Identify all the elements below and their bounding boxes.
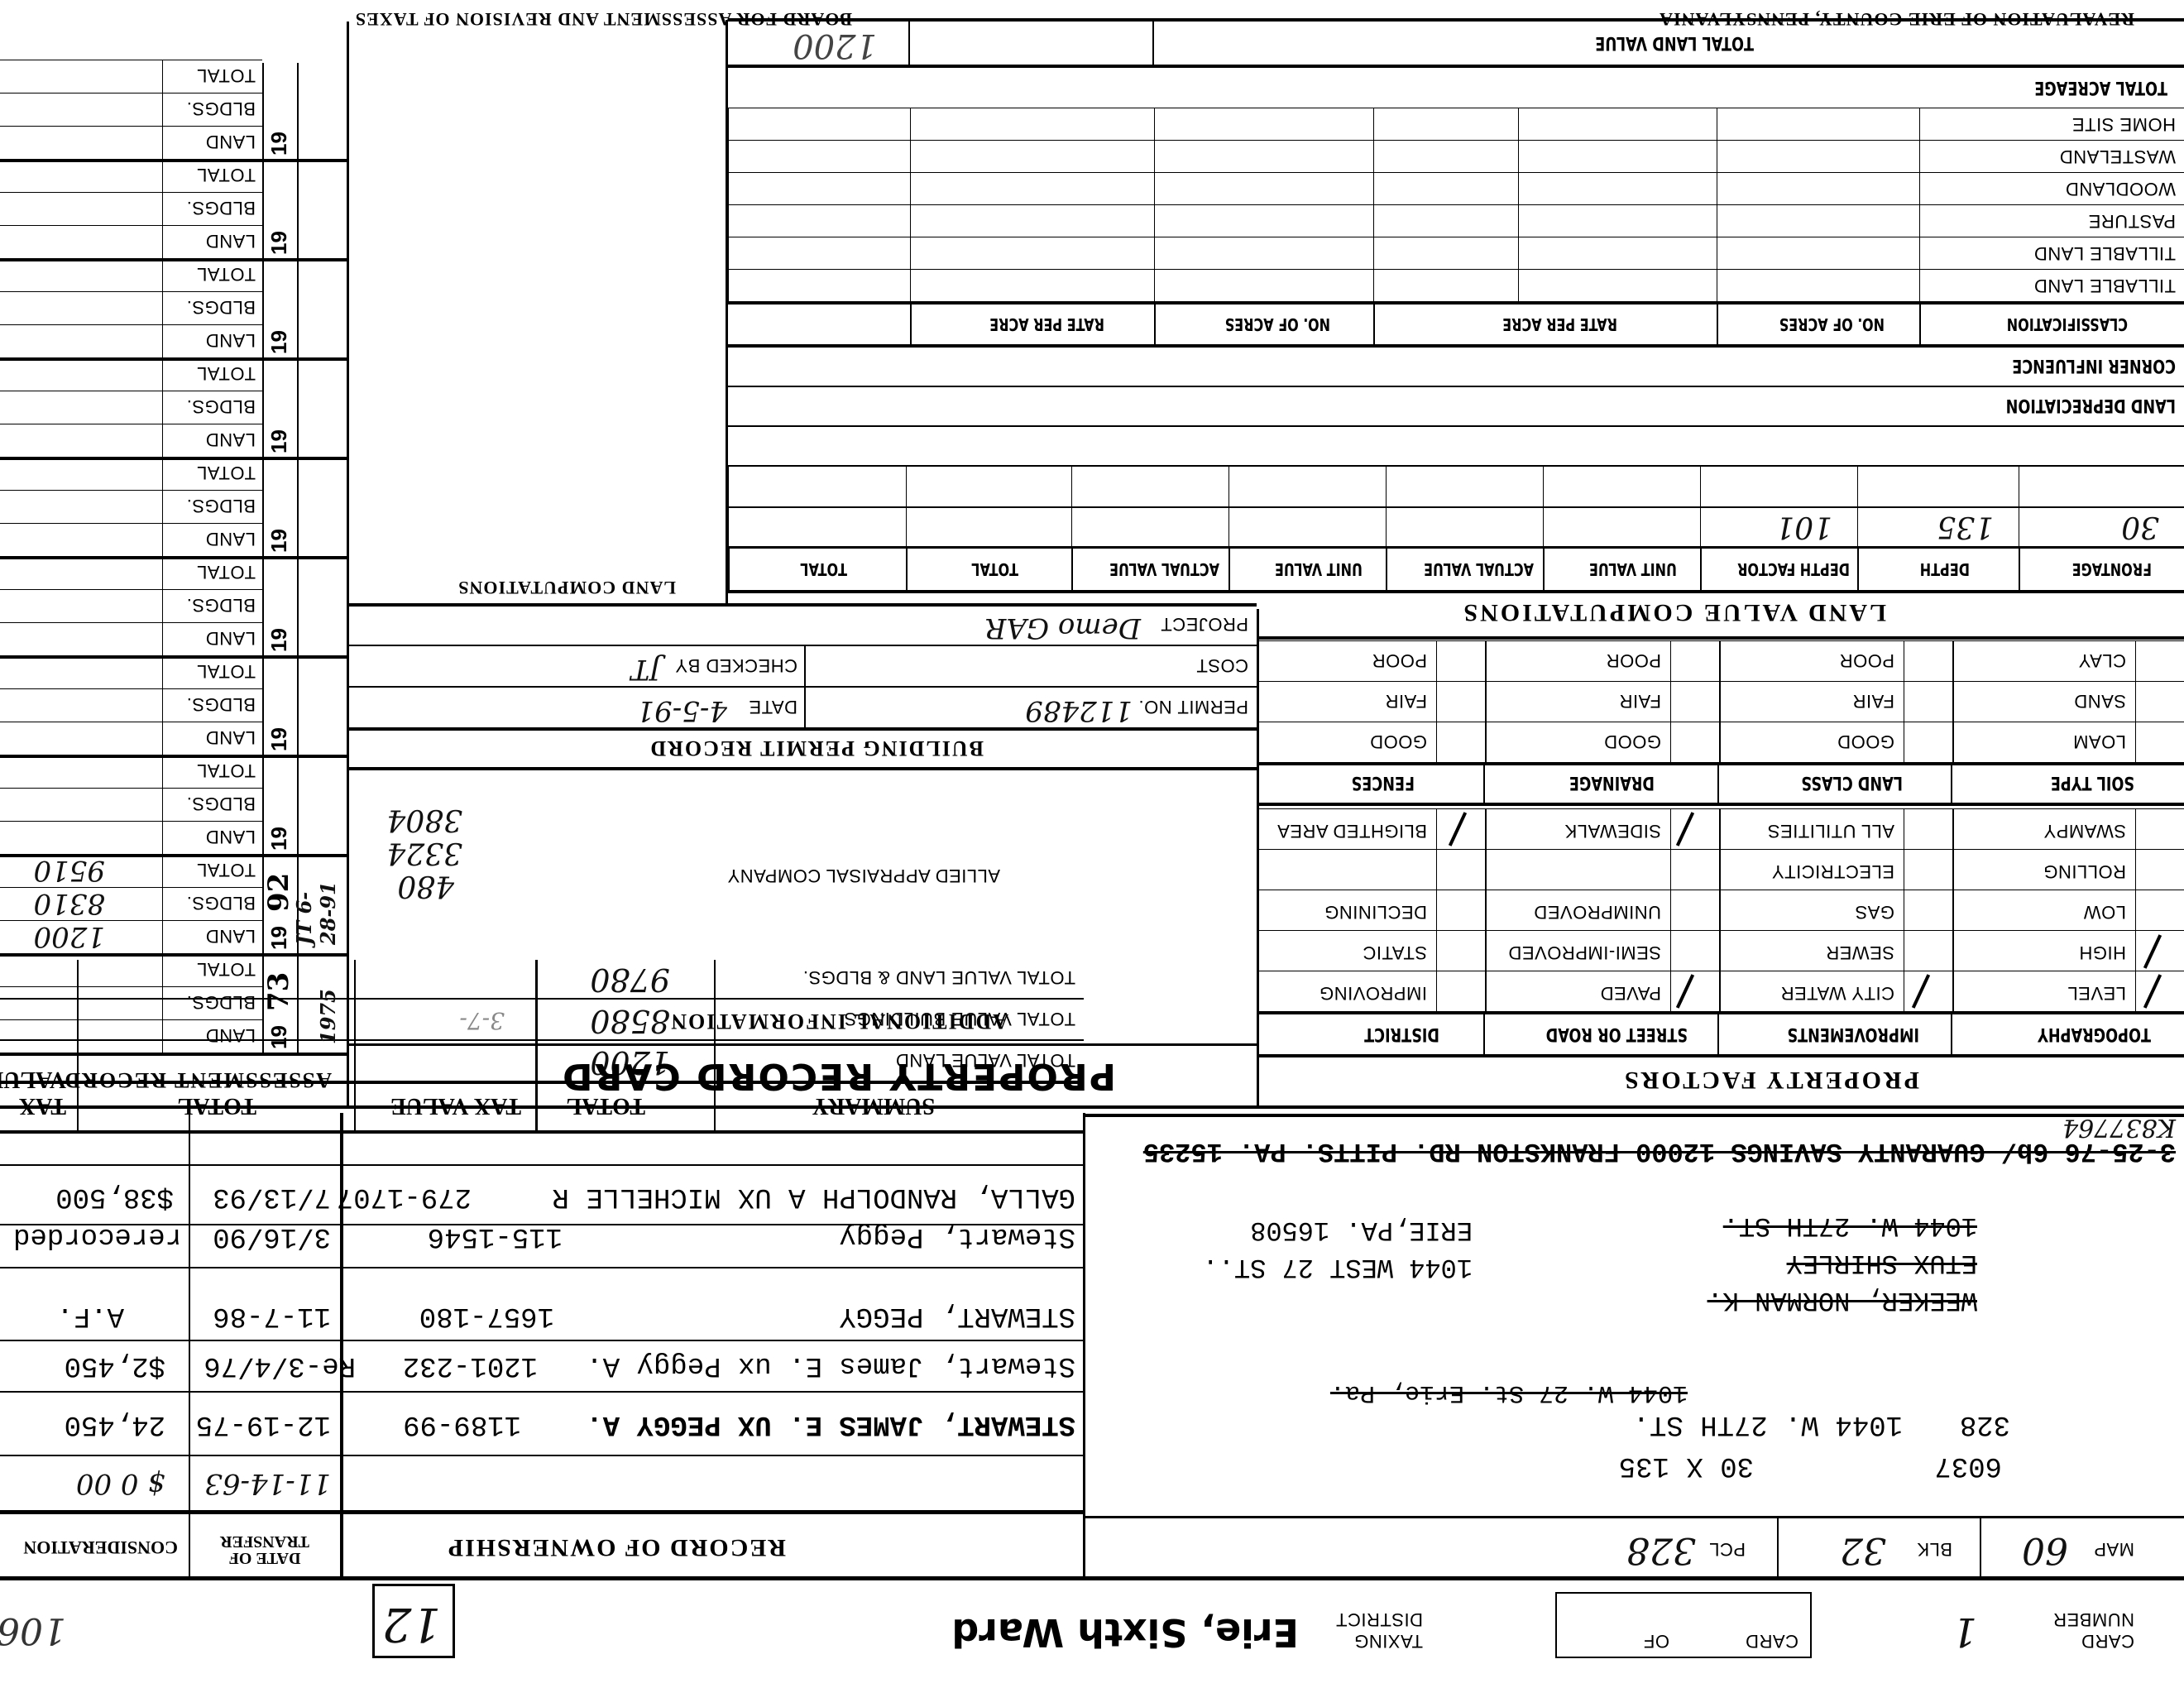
checkbox[interactable] (1670, 722, 1719, 762)
acreage-header-row: CLASSIFICATIONNO. OF ACRESRATE PER ACREN… (728, 305, 2184, 344)
year-stamp-column (297, 261, 347, 357)
soil-cell[interactable]: FAIR (1719, 681, 1952, 722)
card-number-value[interactable]: 1 (1952, 1609, 1977, 1655)
col-consideration: CONSIDERATION (23, 1537, 178, 1558)
property-factor-cell[interactable]: IMPROVING (1257, 971, 1485, 1011)
assessment-row: LAND (0, 523, 262, 556)
acreage-row-label: TILLABLE LAND (1919, 269, 2184, 301)
soil-cell[interactable]: GOOD (1257, 722, 1485, 762)
land-value-cell[interactable] (2019, 467, 2184, 506)
property-factor-cell[interactable]: ALL UTILITIES (1719, 808, 1952, 849)
handwritten-note: K837764 (2062, 1113, 2176, 1142)
acreage-row-label: TILLABLE LAND (1919, 237, 2184, 269)
acreage-row-label: PASTURE (1919, 204, 2184, 237)
year-prefix: 19 (262, 361, 295, 457)
land-value-cell[interactable] (1228, 508, 1386, 546)
acreage-cell[interactable] (1518, 172, 1717, 204)
land-value-cell[interactable] (1386, 508, 1543, 546)
assessment-row: TOTAL (0, 159, 262, 192)
acreage-column-header: NO. OF ACRES (1717, 305, 1919, 344)
land-value-cell[interactable] (1857, 467, 2019, 506)
acreage-cell[interactable] (1154, 108, 1373, 140)
land-value-column-header: ACTUAL VALUE (1386, 549, 1543, 590)
checkbox[interactable] (1436, 722, 1485, 762)
land-value-cell[interactable]: 30 (2019, 508, 2184, 546)
soil-cell[interactable]: FAIR (1485, 681, 1719, 722)
checkbox[interactable] (1670, 890, 1719, 930)
year-stamp-column (297, 559, 347, 655)
property-factor-cell[interactable]: CITY WATER (1719, 971, 1952, 1011)
year-stamp-column (297, 659, 347, 755)
soil-cell[interactable]: SAND (1952, 681, 2184, 722)
pcl-value[interactable]: 328 (1626, 1529, 1696, 1571)
checkbox[interactable] (2135, 890, 2184, 930)
assessment-row: LAND (0, 622, 262, 655)
card-of-label: CARD (1746, 1630, 1798, 1652)
property-factors-header: TOPOGRAPHY IMPROVEMENTS STREET OR ROAD D… (1257, 1014, 2184, 1054)
checkbox[interactable] (1670, 931, 1719, 971)
acreage-cell[interactable] (1717, 172, 1919, 204)
col-date-of-transfer: DATE OF TRANSFER (203, 1533, 327, 1566)
checkbox[interactable] (2135, 850, 2184, 890)
land-value-cell[interactable] (1543, 467, 1700, 506)
acreage-column-header: CLASSIFICATION (1919, 305, 2184, 344)
acreage-cell[interactable] (1373, 269, 1518, 301)
year-prefix: 1992 (262, 857, 295, 953)
street-address: 1044 W. 27TH ST. (1633, 1408, 1903, 1440)
land-value-column-header: FRONTAGE (2019, 549, 2184, 590)
ownership-row: STEWART, JAMES E. UX PEGGY A. 1189-99 12… (0, 1393, 1084, 1455)
year-stamp-column (297, 460, 347, 556)
acreage-cell[interactable] (910, 237, 1154, 269)
property-factor-cell[interactable]: LOW (1952, 890, 2184, 930)
year-stamp-column (297, 63, 347, 159)
soil-cell[interactable]: POOR (1719, 640, 1952, 681)
checkbox[interactable] (1904, 809, 1952, 849)
assessment-row: BLDGS. (0, 93, 262, 126)
property-factor-cell[interactable]: SEWER (1719, 930, 1952, 971)
assessment-row: TOTAL (0, 60, 262, 93)
property-record-card: CARD NUMBER 1 CARD OF TAXING DISTRICT Er… (0, 0, 2184, 1688)
assessment-bldgs-value[interactable]: 8310 (33, 887, 105, 920)
permit-row-1: PERMIT NO. 112489 DATE 4-5-91 (347, 688, 1257, 727)
year-prefix: 1973 (262, 957, 295, 1053)
assessment-row: TOTAL (0, 655, 262, 688)
land-value-column-header: DEPTH (1857, 549, 2019, 590)
assessment-row: LAND (0, 821, 262, 854)
land-depreciation-row: LAND DEPRECIATION (728, 387, 2184, 425)
checkbox[interactable] (2135, 682, 2184, 722)
ownership-row: Stewart, James E. ux Peggy A. 1201-232 R… (0, 1341, 1084, 1391)
land-value-cell[interactable]: 135 (1857, 508, 2019, 546)
year-prefix: 19 (262, 63, 295, 159)
soil-grid: LOAMGOODGOODGOODSANDFAIRFAIRFAIRCLAYPOOR… (1257, 640, 2184, 762)
assessment-year: 92 (262, 873, 295, 912)
checkbox[interactable] (2135, 722, 2184, 762)
assessment-year: 73 (262, 972, 295, 1011)
property-factor-cell[interactable]: HIGH (1952, 930, 2184, 971)
assessment-group: 19LANDBLDGS.TOTAL (0, 460, 347, 559)
soil-cell[interactable]: GOOD (1719, 722, 1952, 762)
land-value-row (728, 467, 2184, 506)
property-factor-cell[interactable]: LEVEL (1952, 971, 2184, 1011)
assessment-row: TOTAL (0, 457, 262, 490)
acreage-cell[interactable] (1373, 108, 1518, 140)
checkbox[interactable] (1904, 682, 1952, 722)
soil-cell[interactable]: FAIR (1257, 681, 1485, 722)
previous-owner: WEEKER, NORMAN K. (1707, 1285, 1977, 1316)
assessment-table: 19731975LANDBLDGS.TOTAL1992JT 6-28-91LAN… (0, 22, 347, 1056)
assessment-row: LAND (0, 722, 262, 755)
land-value-cell[interactable] (906, 508, 1071, 546)
property-factor-cell[interactable] (1257, 849, 1485, 890)
assessment-group: 19LANDBLDGS.TOTAL (0, 162, 347, 261)
soil-cell[interactable]: LOAM (1952, 722, 2184, 762)
acreage-cell[interactable] (1518, 204, 1717, 237)
acreage-cell[interactable] (728, 269, 910, 301)
land-value-column-header: ACTUAL VALUE (1071, 549, 1228, 590)
land-value-column-header: UNIT VALUE (1228, 549, 1386, 590)
assessment-row: BLDGS. (0, 688, 262, 722)
acreage-cell[interactable] (1373, 237, 1518, 269)
year-stamp-column (297, 758, 347, 854)
previous-owner-address: 1044 W. 27TH ST. (1723, 1211, 1977, 1241)
checkbox[interactable] (1904, 850, 1952, 890)
permit-date-value[interactable]: 4-5-91 (636, 694, 727, 727)
land-value-cell[interactable] (1386, 467, 1543, 506)
year-prefix: 19 (262, 659, 295, 755)
assessment-row: TOTAL (0, 556, 262, 589)
soil-cell[interactable]: CLAY (1952, 640, 2184, 681)
year-prefix: 19 (262, 559, 295, 655)
blk-value[interactable]: 32 (1840, 1529, 1886, 1571)
assessment-row: TOTAL (0, 953, 262, 986)
property-factor-cell[interactable]: UNIMPROVED (1485, 890, 1719, 930)
acreage-cell[interactable] (1373, 172, 1518, 204)
year-prefix: 19 (262, 162, 295, 258)
assessment-group: 19LANDBLDGS.TOTAL (0, 63, 347, 162)
property-factor-cell[interactable]: DECLINING (1257, 890, 1485, 930)
property-factor-cell[interactable] (1485, 849, 1719, 890)
acreage-cell[interactable] (910, 172, 1154, 204)
checkbox[interactable] (1436, 931, 1485, 971)
property-factor-cell[interactable]: ELECTRICITY (1719, 849, 1952, 890)
assessment-group: 1992JT 6-28-91LAND1200BLDGS.8310TOTAL951… (0, 857, 347, 957)
assessment-row: LAND1200 (0, 920, 262, 953)
boxed-number: 12 (372, 1584, 455, 1658)
acreage-cell[interactable] (1717, 269, 1919, 301)
land-value-cell[interactable] (1700, 467, 1857, 506)
assessment-group: 19LANDBLDGS.TOTAL (0, 261, 347, 361)
assessment-row: BLDGS. (0, 589, 262, 622)
acreage-cell[interactable] (1717, 140, 1919, 172)
property-factors-grid: LEVELCITY WATERPAVEDIMPROVINGHIGHSEWERSE… (1257, 808, 2184, 1011)
assessment-group: 19LANDBLDGS.TOTAL (0, 559, 347, 659)
land-value-cell[interactable] (1543, 508, 1700, 546)
checkbox[interactable] (1436, 682, 1485, 722)
assessment-row: BLDGS. (0, 391, 262, 424)
acreage-cell[interactable] (728, 237, 910, 269)
assessment-row: LAND (0, 324, 262, 357)
mailing-address-line2: ERIE,PA. 16508 (1250, 1215, 1473, 1245)
ownership-header: RECORD OF OWNERSHIP DATE OF TRANSFER CON… (0, 1514, 1084, 1576)
ownership-table: 11-14-63 $ 0 00 STEWART, JAMES E. UX PEG… (0, 1113, 1084, 1510)
ownership-row: STEWART, PEGGY 1657-180 11-7-86 A.F. (0, 1290, 1084, 1340)
revaluation-title: REVALUATION OF ERIE COUNTY, PENNSYLVANIA (1659, 8, 2134, 30)
acreage-cell[interactable] (728, 108, 910, 140)
land-value-cell[interactable] (1071, 467, 1228, 506)
assessment-group: 19LANDBLDGS.TOTAL (0, 758, 347, 857)
checkbox[interactable] (1670, 641, 1719, 681)
land-value-blank-row (728, 427, 2184, 465)
map-value[interactable]: 60 (2022, 1529, 2068, 1571)
permit-row-2: COST CHECKED BY JT (347, 646, 1257, 686)
corner-influence-row: CORNER INFLUENCE (728, 348, 2184, 386)
assessment-group: 19731975LANDBLDGS.TOTAL (0, 957, 347, 1056)
assessment-row: LAND (0, 1019, 262, 1053)
corner-number: 106 (0, 1609, 66, 1652)
card-number-label: CARD NUMBER (2035, 1609, 2134, 1652)
mailing-address-line1: 1044 WEST 27 ST.. (1203, 1252, 1473, 1283)
previous-owner-etux: ETUX SHIRLEY (1787, 1248, 1977, 1278)
acreage-cell[interactable] (1717, 204, 1919, 237)
of-label: OF (1643, 1630, 1669, 1652)
checkbox[interactable] (1436, 971, 1485, 1011)
pcl-line: 328 (1960, 1408, 2010, 1440)
building-permit-title: BUILDING PERMIT RECORD (347, 731, 1257, 767)
parcel-id-row: MAP 60 BLK 32 PCL 328 (1084, 1517, 2184, 1576)
assessment-row: TOTAL (0, 258, 262, 291)
assessment-row: TOTAL (0, 357, 262, 391)
acreage-cell[interactable] (728, 204, 910, 237)
land-value-cell[interactable]: 101 (1700, 508, 1857, 546)
acreage-cell[interactable] (1154, 172, 1373, 204)
assessment-stamp: JT 6-28-91 (292, 857, 340, 945)
assessment-group: 19LANDBLDGS.TOTAL (0, 361, 347, 460)
assessment-total-value[interactable]: 9510 (33, 854, 105, 887)
acreage-column-header: RATE PER ACRE (1373, 305, 1717, 344)
acreage-cell[interactable] (1154, 269, 1373, 301)
assessment-row: TOTAL (0, 755, 262, 788)
property-factor-cell[interactable]: ROLLING (1952, 849, 2184, 890)
assessment-group: 19LANDBLDGS.TOTAL (0, 659, 347, 758)
project-value[interactable]: Demo GAR (985, 611, 1141, 645)
acreage-cell[interactable] (1518, 108, 1717, 140)
acreage-cell[interactable] (1373, 204, 1518, 237)
pcl-label: PCL (1709, 1538, 1746, 1560)
assessment-row: TOTAL9510 (0, 854, 262, 887)
acreage-column-header: RATE PER ACRE (910, 305, 1154, 344)
acreage-row-label: HOME SITE (1919, 108, 2184, 140)
acreage-column-header: NO. OF ACRES (1154, 305, 1373, 344)
acreage-cell[interactable] (910, 204, 1154, 237)
total-acreage-row: TOTAL ACREAGE (728, 68, 2184, 108)
checkbox[interactable] (2135, 641, 2184, 681)
year-prefix: 19 (262, 758, 295, 854)
acreage-cell[interactable] (910, 140, 1154, 172)
assessment-land-value[interactable]: 1200 (33, 920, 105, 953)
permit-row-3: PROJECT Demo GAR (347, 607, 1257, 645)
soil-cell[interactable]: POOR (1257, 640, 1485, 681)
acreage-cell[interactable] (910, 108, 1154, 140)
permit-number-value[interactable]: 112489 (1025, 694, 1133, 727)
land-value-column-header: UNIT VALUE (1543, 549, 1700, 590)
checkbox[interactable] (1436, 890, 1485, 930)
assessment-row: BLDGS. (0, 788, 262, 821)
acreage-cell[interactable] (1154, 140, 1373, 172)
year-stamp-column (297, 162, 347, 258)
acreage-cell[interactable] (1154, 204, 1373, 237)
land-value-cell[interactable] (1071, 508, 1228, 546)
ownership-row: GALLA, RANDOLPH A UX MICHELLE R 279-1707… (0, 1166, 1084, 1224)
acreage-cell[interactable] (728, 140, 910, 172)
land-value-row: 30135101 (728, 508, 2184, 546)
land-value-column-header: TOTAL (906, 549, 1071, 590)
assessment-row: LAND (0, 126, 262, 159)
blk-label: BLK (1917, 1538, 1952, 1560)
property-factor-cell[interactable]: SEMI-IMPROVED (1485, 930, 1719, 971)
soil-header: SOIL TYPE LAND CLASS DRAINAGE FENCES (1257, 765, 2184, 803)
acreage-cell[interactable] (728, 172, 910, 204)
soil-cell[interactable]: GOOD (1485, 722, 1719, 762)
ownership-title: RECORD OF OWNERSHIP (447, 1533, 786, 1561)
assessment-stamp: 1975 (316, 989, 340, 1044)
taxing-district-label: TAXING DISTRICT (1324, 1609, 1423, 1652)
acreage-cell[interactable] (1373, 140, 1518, 172)
land-value-cell[interactable] (728, 508, 906, 546)
lot-dimensions: 30 X 135 (1619, 1450, 1754, 1481)
checkbox[interactable] (1670, 850, 1719, 890)
checkbox[interactable] (2135, 809, 2184, 849)
assessment-row: LAND (0, 225, 262, 258)
property-factor-cell[interactable]: GAS (1719, 890, 1952, 930)
checkbox[interactable] (1904, 641, 1952, 681)
checkbox[interactable] (1904, 722, 1952, 762)
acreage-cell[interactable] (1154, 237, 1373, 269)
year-prefix: 19 (262, 460, 295, 556)
map-label: MAP (2094, 1538, 2134, 1560)
land-value-cell[interactable] (728, 467, 906, 506)
assessment-row: BLDGS. (0, 986, 262, 1019)
ownership-row: 11-14-63 $ 0 00 (0, 1456, 1084, 1510)
land-value-header-row: FRONTAGEDEPTHDEPTH FACTORUNIT VALUEACTUA… (728, 549, 2184, 590)
acreage-cell[interactable] (1518, 237, 1717, 269)
acreage-cell[interactable] (910, 269, 1154, 301)
land-value-column-header: TOTAL (728, 549, 906, 590)
mortgage-line: 3-25-76 6b/ GUARANTY SAVINGS 12000 FRANK… (1143, 1136, 2176, 1167)
acreage-row-label: WASTELAND (1919, 140, 2184, 172)
land-value-column-header: DEPTH FACTOR (1700, 549, 1857, 590)
checkbox[interactable] (1436, 850, 1485, 890)
taxing-district-value: Erie, Sixth Ward (951, 1610, 1299, 1655)
assessment-row: BLDGS. (0, 291, 262, 324)
checkbox[interactable] (1904, 890, 1952, 930)
allied-appraisal-label: ALLIED APPRAISAL COMPANY (727, 865, 1000, 886)
acreage-cell[interactable] (1717, 108, 1919, 140)
card-of-box: CARD OF (1555, 1592, 1812, 1658)
checkbox[interactable] (1904, 931, 1952, 971)
acreage-cell[interactable] (1518, 269, 1717, 301)
acreage-cell[interactable] (1717, 237, 1919, 269)
acreage-cell[interactable] (1518, 140, 1717, 172)
checked-by-value[interactable]: JT (631, 653, 661, 686)
assessment-row: BLDGS. (0, 192, 262, 225)
year-prefix: 19 (262, 261, 295, 357)
checkbox[interactable] (1436, 641, 1485, 681)
soil-cell[interactable]: POOR (1485, 640, 1719, 681)
additional-information-box: ADDITIONAL INFORMATION ALLIED APPRAISAL … (347, 770, 1257, 1043)
assessment-row: BLDGS.8310 (0, 887, 262, 920)
land-computations-box: LAND COMPUTATIONS (347, 20, 728, 603)
property-factor-cell[interactable]: STATIC (1257, 930, 1485, 971)
checkbox[interactable] (1670, 682, 1719, 722)
assessment-row: LAND (0, 424, 262, 457)
property-factors-title: PROPERTY FACTORS (1257, 1057, 2184, 1105)
acct-number: 6037 (1934, 1450, 2002, 1481)
old-address: 1044 W. 27 St. Erie, Pa. (1330, 1379, 1688, 1407)
assessment-row: BLDGS. (0, 490, 262, 523)
year-stamp-column (297, 361, 347, 457)
property-record-card-title: PROPERTY RECORD CARD (347, 1046, 1257, 1105)
assessment-record-title: ASSESSMENT RECORD (0, 1056, 347, 1105)
land-value-cell[interactable] (1228, 467, 1386, 506)
property-factor-cell[interactable]: SWAMPY (1952, 808, 2184, 849)
acreage-row-label: WOODLAND (1919, 172, 2184, 204)
land-value-cell[interactable] (906, 467, 1071, 506)
checkbox[interactable] (1436, 809, 1485, 849)
